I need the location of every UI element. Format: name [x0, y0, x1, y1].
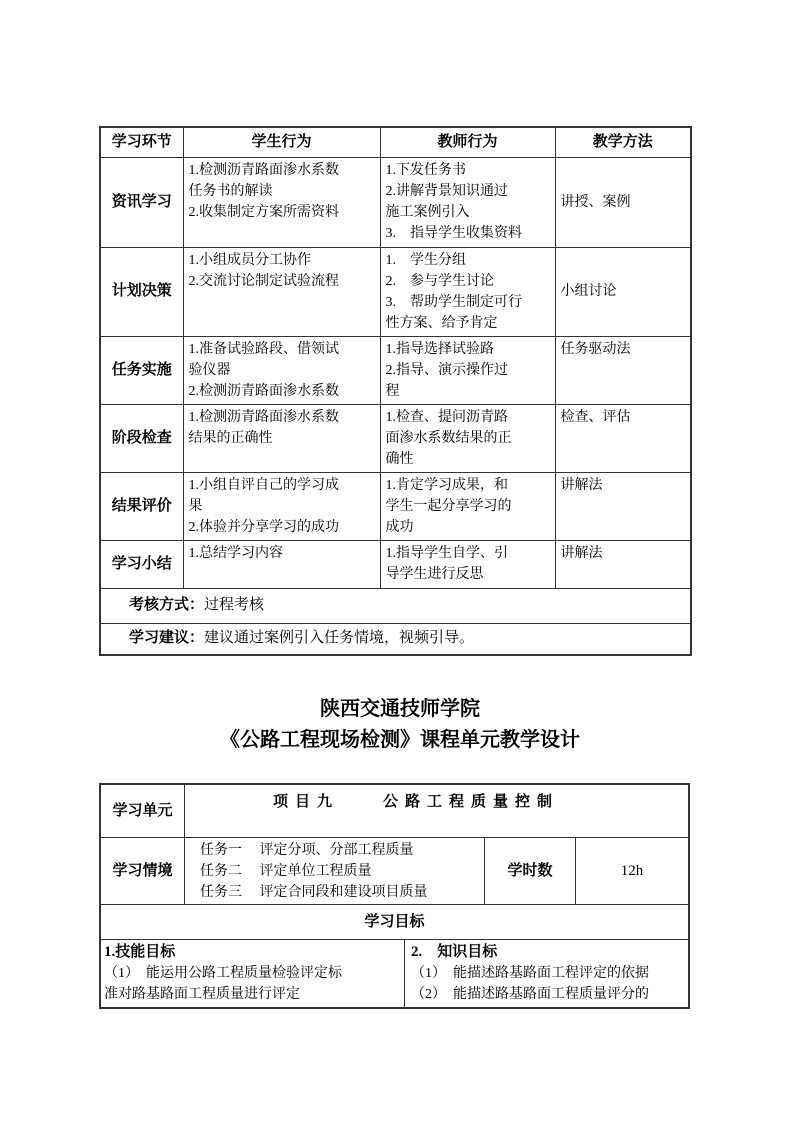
skill-goal-body: （1） 能运用公路工程质量检验评定标 准对路基路面工程质量进行评定: [104, 963, 398, 1005]
method-cell: 任务驱动法: [555, 336, 691, 404]
document-page: 学习环节 学生行为 教师行为 教学方法 资讯学习 1.检测沥青路面渗水系数 任务…: [0, 0, 800, 1131]
table-header-row: 学习环节 学生行为 教师行为 教学方法: [100, 127, 691, 157]
document-title: 陕西交通技师学院 《公路工程现场检测》课程单元教学设计: [0, 694, 800, 756]
stage-cell: 学习小结: [100, 540, 183, 588]
method-cell: 讲解法: [555, 472, 691, 540]
teacher-cell: 1.肯定学习成果，和 学生一起分享学习的 成功: [380, 472, 555, 540]
student-cell: 1.小组成员分工协作 2.交流讨论制定试验流程: [183, 247, 380, 336]
student-cell: 1.检测沥青路面渗水系数 任务书的解读 2.收集制定方案所需资料: [183, 157, 380, 247]
assessment-row: 考核方式：过程考核: [100, 588, 691, 623]
suggestion-value: 建议通过案例引入任务情境，视频引导。: [204, 630, 474, 646]
table-row: 结果评价 1.小组自评自己的学习成 果 2.体验并分享学习的成功 1.肯定学习成…: [100, 472, 691, 540]
stage-cell: 任务实施: [100, 336, 183, 404]
title-line-school: 陕西交通技师学院: [0, 694, 800, 725]
assessment-label: 考核方式：: [129, 597, 204, 613]
student-cell: 1.检测沥青路面渗水系数 结果的正确性: [183, 404, 380, 472]
table-row: 资讯学习 1.检测沥青路面渗水系数 任务书的解读 2.收集制定方案所需资料 1.…: [100, 157, 691, 247]
situation-row: 学习情境 任务一 评定分项、分部工程质量 任务二 评定单位工程质量 任务三 评定…: [101, 837, 688, 904]
teacher-cell: 1. 学生分组 2. 参与学生讨论 3. 帮助学生制定可行 性方案、给予肯定: [380, 247, 555, 336]
goals-header: 学习目标: [101, 905, 688, 939]
student-cell: 1.总结学习内容: [183, 540, 380, 588]
col-header-student: 学生行为: [183, 127, 380, 157]
assessment-cell: 考核方式：过程考核: [100, 588, 691, 623]
situation-label: 学习情境: [101, 838, 184, 904]
method-cell: 讲授、案例: [555, 157, 691, 247]
unit-row: 学习单元 项目九 公路工程质量控制: [101, 785, 688, 837]
title-line-course: 《公路工程现场检测》课程单元教学设计: [0, 725, 800, 756]
table-row: 计划决策 1.小组成员分工协作 2.交流讨论制定试验流程 1. 学生分组 2. …: [100, 247, 691, 336]
col-header-method: 教学方法: [555, 127, 691, 157]
col-header-stage: 学习环节: [100, 127, 183, 157]
assessment-value: 过程考核: [204, 597, 264, 613]
teacher-cell: 1.指导学生自学、引 导学生进行反思: [380, 540, 555, 588]
teacher-cell: 1.指导选择试验路 2.指导、演示操作过 程: [380, 336, 555, 404]
skill-goal-cell: 1.技能目标 （1） 能运用公路工程质量检验评定标 准对路基路面工程质量进行评定: [101, 940, 404, 1007]
knowledge-goal-body: （1） 能描述路基路面工程评定的依据 （2） 能描述路基路面工程质量评分的: [411, 963, 684, 1005]
table-row: 学习小结 1.总结学习内容 1.指导学生自学、引 导学生进行反思 讲解法: [100, 540, 691, 588]
suggestion-cell: 学习建议：建议通过案例引入任务情境，视频引导。: [100, 623, 691, 655]
student-cell: 1.准备试验路段、借领试 验仪器 2.检测沥青路面渗水系数: [183, 336, 380, 404]
unit-value: 项目九 公路工程质量控制: [184, 785, 688, 837]
hours-value: 12h: [575, 838, 688, 904]
table-row: 任务实施 1.准备试验路段、借领试 验仪器 2.检测沥青路面渗水系数 1.指导选…: [100, 336, 691, 404]
goals-row: 1.技能目标 （1） 能运用公路工程质量检验评定标 准对路基路面工程质量进行评定…: [101, 939, 688, 1007]
col-header-teacher: 教师行为: [380, 127, 555, 157]
stage-cell: 阶段检查: [100, 404, 183, 472]
unit-design-table: 学习单元 项目九 公路工程质量控制 学习情境 任务一 评定分项、分部工程质量 任…: [99, 783, 690, 1009]
suggestion-label: 学习建议：: [129, 630, 204, 646]
hours-label: 学时数: [484, 838, 575, 904]
suggestion-row: 学习建议：建议通过案例引入任务情境，视频引导。: [100, 623, 691, 655]
method-cell: 小组讨论: [555, 247, 691, 336]
tasks-cell: 任务一 评定分项、分部工程质量 任务二 评定单位工程质量 任务三 评定合同段和建…: [184, 838, 484, 904]
knowledge-goal-heading: 2. 知识目标: [411, 942, 684, 963]
skill-goal-heading: 1.技能目标: [104, 942, 398, 963]
teacher-cell: 1.下发任务书 2.讲解背景知识通过 施工案例引入 3. 指导学生收集资料: [380, 157, 555, 247]
teacher-cell: 1.检查、提问沥青路 面渗水系数结果的正 确性: [380, 404, 555, 472]
method-cell: 讲解法: [555, 540, 691, 588]
method-cell: 检查、评估: [555, 404, 691, 472]
learning-process-table: 学习环节 学生行为 教师行为 教学方法 资讯学习 1.检测沥青路面渗水系数 任务…: [99, 126, 692, 656]
goals-header-row: 学习目标: [101, 904, 688, 939]
stage-cell: 资讯学习: [100, 157, 183, 247]
table-row: 阶段检查 1.检测沥青路面渗水系数 结果的正确性 1.检查、提问沥青路 面渗水系…: [100, 404, 691, 472]
stage-cell: 结果评价: [100, 472, 183, 540]
knowledge-goal-cell: 2. 知识目标 （1） 能描述路基路面工程评定的依据 （2） 能描述路基路面工程…: [404, 940, 688, 1007]
unit-label: 学习单元: [101, 785, 184, 837]
student-cell: 1.小组自评自己的学习成 果 2.体验并分享学习的成功: [183, 472, 380, 540]
stage-cell: 计划决策: [100, 247, 183, 336]
